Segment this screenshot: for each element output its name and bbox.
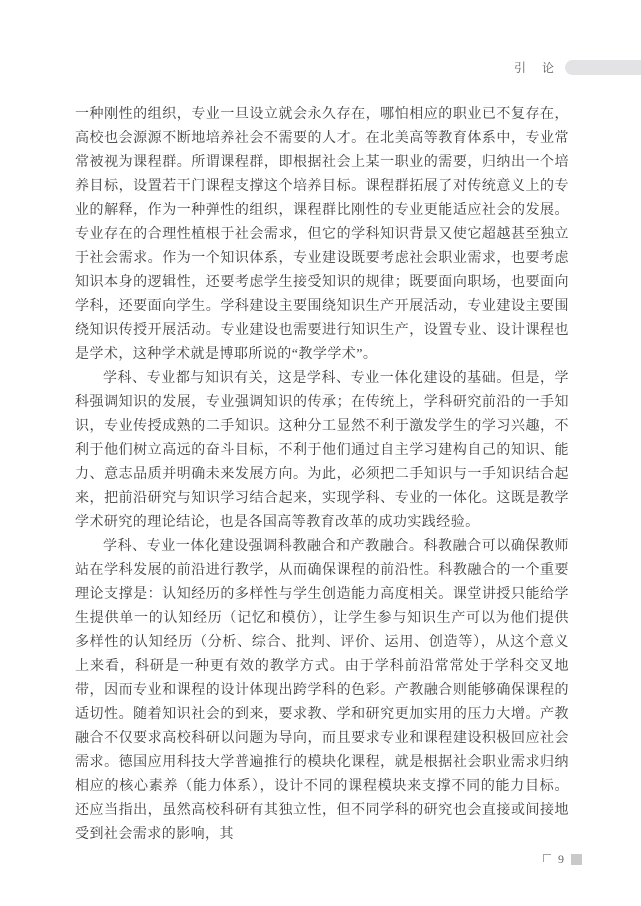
page-header: 引 论: [0, 57, 641, 77]
header-decoration-bar: [565, 60, 641, 75]
paragraph: 学科、专业一体化建设强调科教融合和产教融合。科教融合可以确保教师站在学科发展的前…: [75, 535, 569, 847]
paragraph: 学科、专业都与知识有关，这是学科、专业一体化建设的基础。但是，学科强调知识的发展…: [75, 367, 569, 535]
paragraph: 一种刚性的组织，专业一旦设立就会永久存在，哪怕相应的职业已不复存在，高校也会源源…: [75, 103, 569, 367]
body-text: 一种刚性的组织，专业一旦设立就会永久存在，哪怕相应的职业已不复存在，高校也会源源…: [75, 103, 569, 847]
running-head-title: 引 论: [514, 59, 556, 76]
footer-square-icon: [571, 854, 582, 865]
corner-bracket-icon: [543, 854, 551, 862]
book-page: 引 论 一种刚性的组织，专业一旦设立就会永久存在，哪怕相应的职业已不复存在，高校…: [0, 0, 641, 906]
page-footer: 9: [0, 852, 582, 866]
page-number: 9: [558, 852, 564, 866]
